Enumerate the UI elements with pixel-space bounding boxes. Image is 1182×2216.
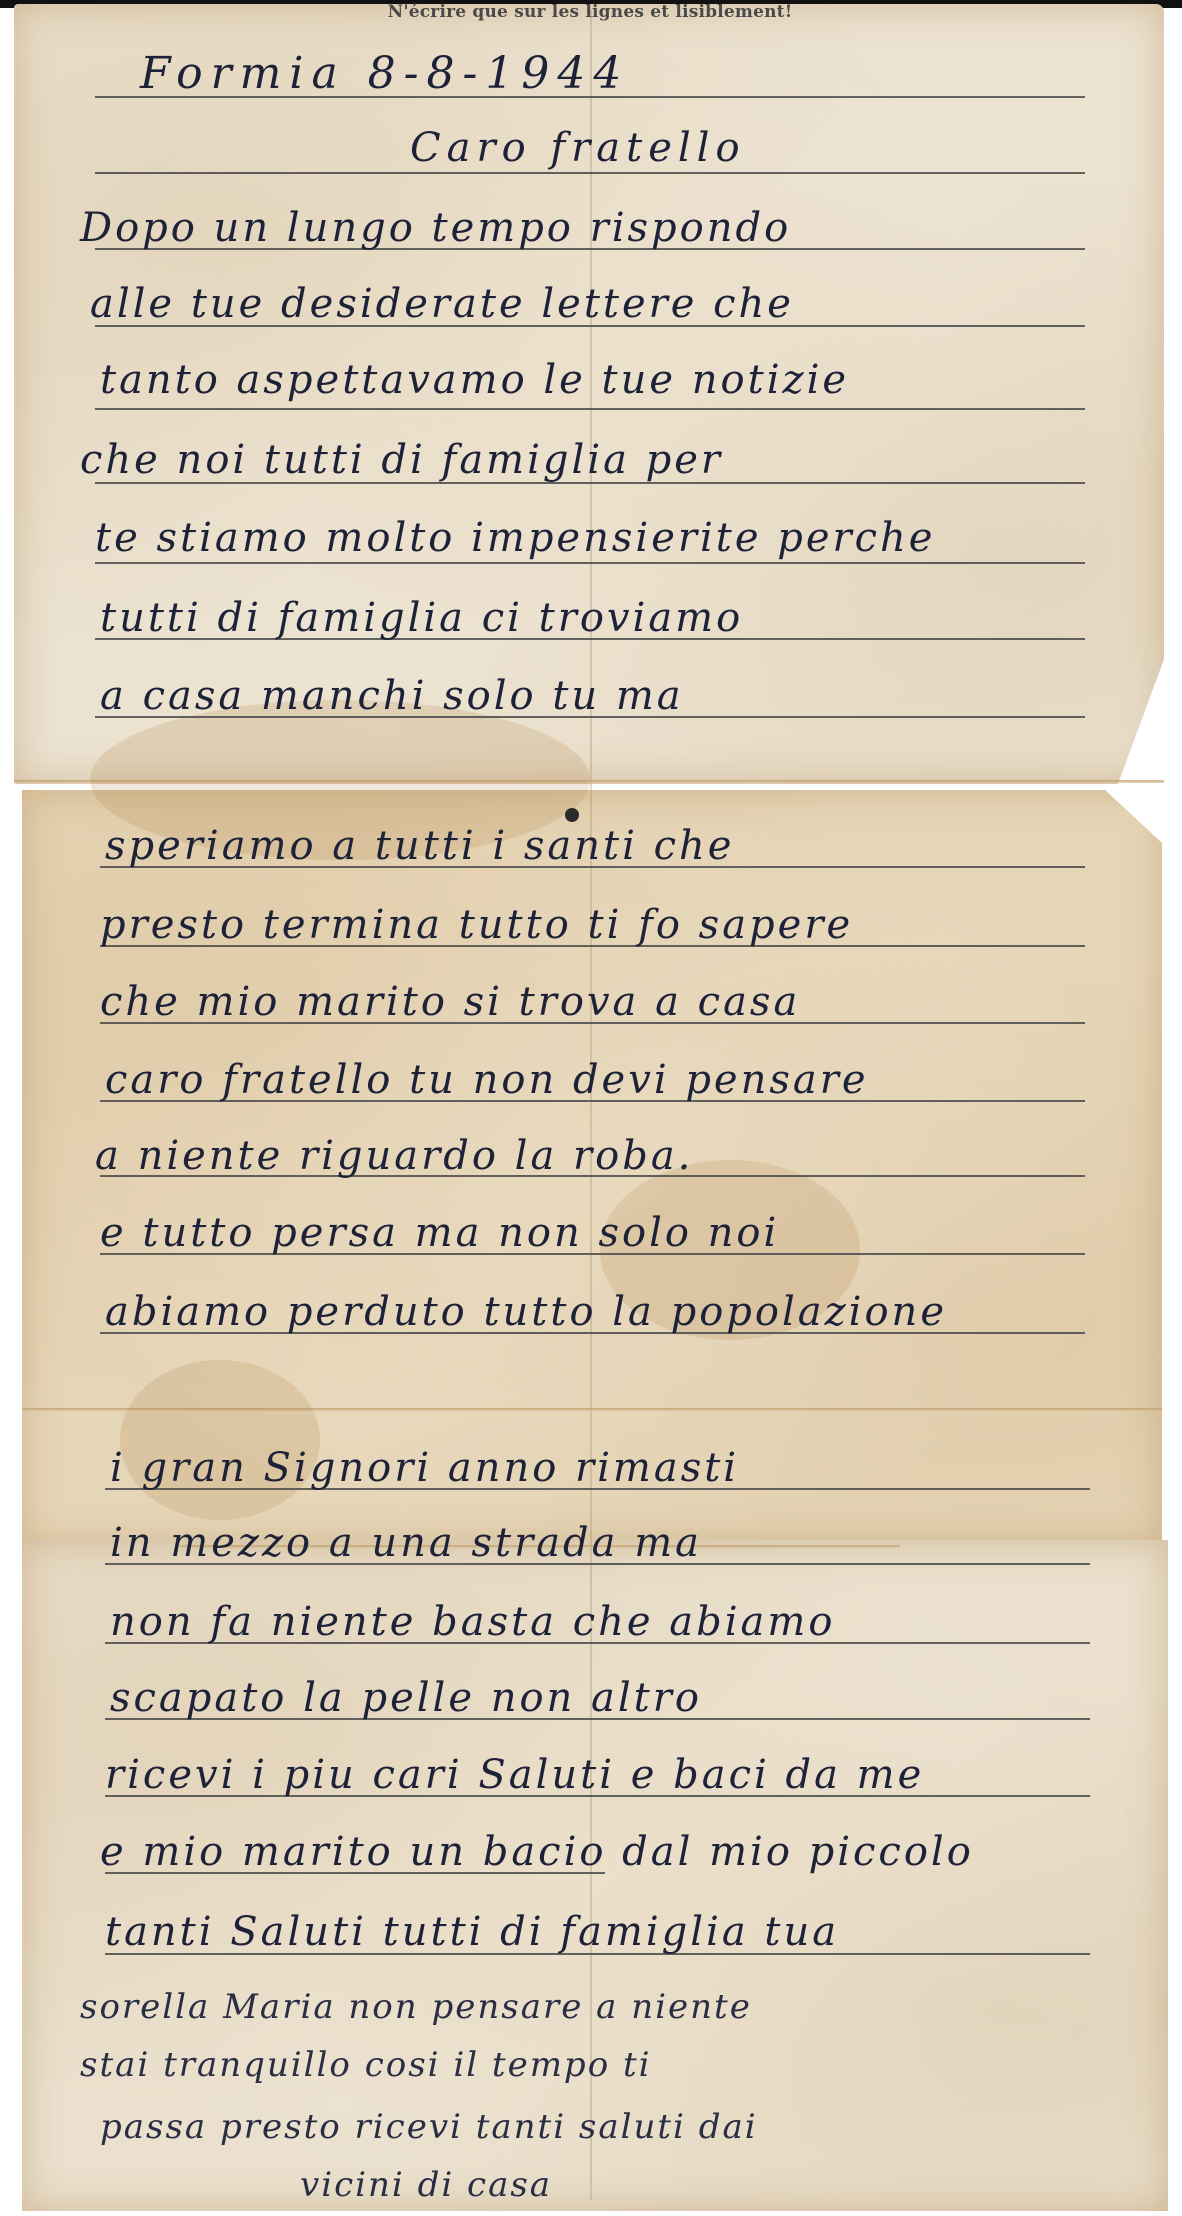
letter-line: ricevi i piu cari Saluti e baci da me (105, 1755, 924, 1795)
letter-line: stai tranquillo cosi il tempo ti (80, 2048, 652, 2082)
water-stain (120, 1360, 320, 1520)
letter-line: tanto aspettavamo le tue notizie (100, 360, 849, 400)
letter-line: sorella Maria non pensare a niente (80, 1990, 752, 2024)
letter-line: che noi tutti di famiglia per (80, 440, 723, 480)
letter-line: e mio marito un bacio dal mio piccolo (100, 1832, 974, 1872)
ink-blot (565, 808, 579, 822)
salutation: Caro fratello (410, 128, 746, 168)
letter-line: vicini di casa (300, 2168, 552, 2202)
letter-line: tutti di famiglia ci troviamo (100, 598, 743, 638)
ruled-line (95, 562, 1085, 564)
letter-line: non fa niente basta che abiamo (110, 1602, 835, 1642)
letter-line: tanti Saluti tutti di famiglia tua (105, 1912, 839, 1952)
letter-line: speriamo a tutti i santi che (105, 826, 734, 866)
letter-line: Dopo un lungo tempo rispondo (80, 208, 791, 248)
place-date: Formia 8-8-1944 (140, 52, 629, 96)
ruled-line (95, 172, 1085, 174)
letter-line: te stiamo molto impensierite perche (95, 518, 935, 558)
letter-line: a casa manchi solo tu ma (100, 676, 684, 716)
letter-line: abiamo perduto tutto la popolazione (105, 1292, 947, 1332)
ruled-line (95, 408, 1085, 410)
letter-line: alle tue desiderate lettere che (90, 284, 794, 324)
letter-line: che mio marito si trova a casa (100, 982, 800, 1022)
letter-line: a niente riguardo la roba. (95, 1136, 693, 1176)
letter-line: in mezzo a una strada ma (110, 1523, 702, 1563)
letter-line: caro fratello tu non devi pensare (105, 1060, 869, 1100)
letter-line: i gran Signori anno rimasti (110, 1448, 739, 1488)
letter-line: presto termina tutto ti fo sapere (100, 905, 853, 945)
letter-line: e tutto persa ma non solo noi (100, 1213, 779, 1253)
letter-line: scapato la pelle non altro (110, 1678, 702, 1718)
letter-line: passa presto ricevi tanti saluti dai (100, 2110, 758, 2144)
printed-header: N'écrire que sur les lignes et lisibleme… (340, 2, 840, 22)
